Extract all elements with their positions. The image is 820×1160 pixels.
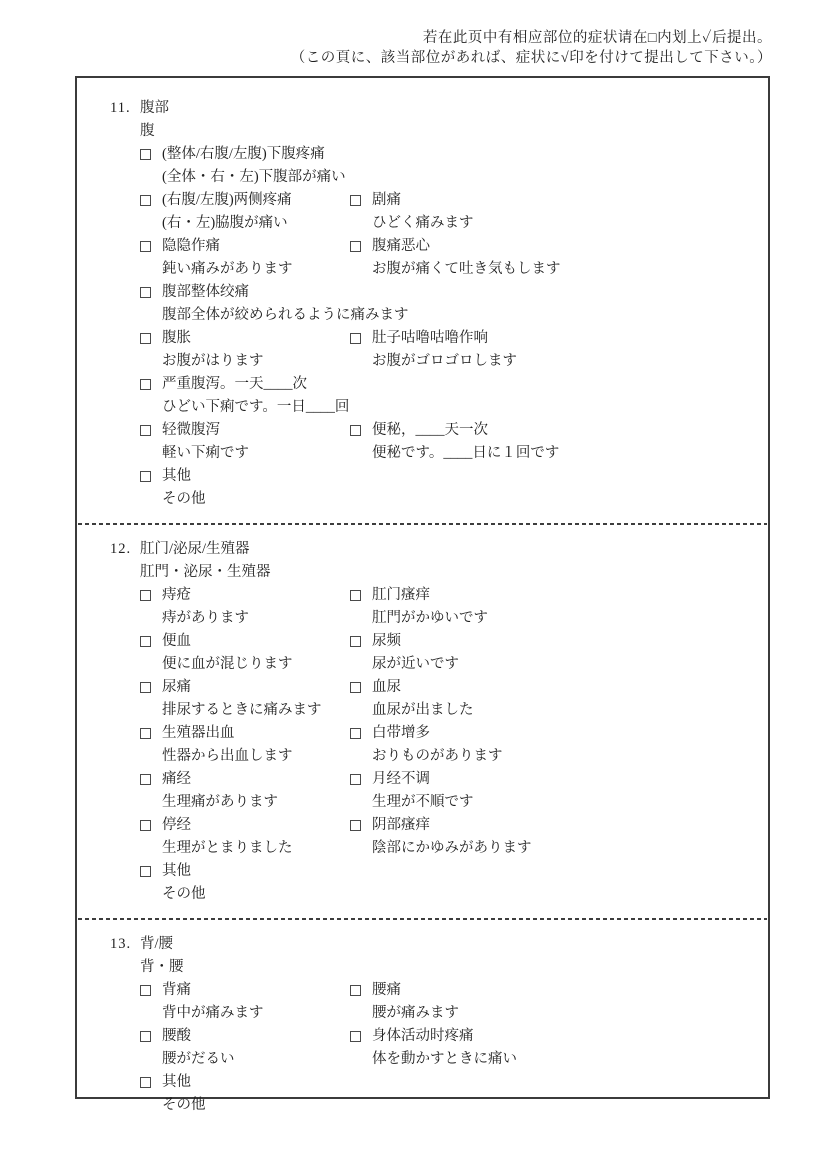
symptom-checkbox[interactable] — [140, 636, 151, 647]
page-header: 若在此页中有相应部位的症状请在□内划上✓后提出。 （この頁に、該当部位があれば、… — [0, 28, 772, 68]
symptom-row: 尿痛排尿するときに痛みます血尿血尿が出ました — [140, 676, 758, 722]
symptom-checkbox[interactable] — [140, 195, 151, 206]
symptom-option: 便血 — [140, 630, 350, 653]
symptom-option: 其他 — [140, 465, 350, 488]
symptom-cell-left: 轻微腹泻軽い下痢です — [140, 419, 350, 465]
symptom-checkbox[interactable] — [350, 636, 361, 647]
symptom-label-cn: 白带增多 — [372, 722, 430, 745]
symptom-checkbox[interactable] — [350, 774, 361, 785]
symptom-row: 便血便に血が混じります尿频尿が近いです — [140, 630, 758, 676]
symptom-checkbox[interactable] — [140, 728, 151, 739]
symptom-cell-left: 隐隐作痛鈍い痛みがあります — [140, 235, 350, 281]
symptom-label-jp: 軽い下痢です — [140, 442, 350, 465]
symptom-checkbox[interactable] — [140, 1031, 151, 1042]
symptom-row: 其他その他 — [140, 465, 758, 511]
symptom-checkbox[interactable] — [350, 820, 361, 831]
symptom-option: (右腹/左腹)两侧疼痛 — [140, 189, 350, 212]
symptom-label-cn: (右腹/左腹)两侧疼痛 — [162, 189, 292, 212]
symptom-cell-left: 停经生理がとまりました — [140, 814, 350, 860]
symptom-label-cn: 肛门瘙痒 — [372, 584, 430, 607]
symptom-label-cn: 其他 — [162, 860, 191, 883]
symptom-cell-right: 肚子咕噜咕噜作响お腹がゴロゴロします — [350, 327, 758, 373]
symptom-cell-right: 剧痛ひどく痛みます — [350, 189, 758, 235]
symptom-option: 白带增多 — [350, 722, 758, 745]
symptom-option: 隐隐作痛 — [140, 235, 350, 258]
symptom-label-cn: 其他 — [162, 465, 191, 488]
symptom-option: (整体/右腹/左腹)下腹疼痛 — [140, 143, 350, 166]
symptom-label-cn: 停经 — [162, 814, 191, 837]
symptom-cell-left: 其他その他 — [140, 860, 350, 906]
symptom-option: 肛门瘙痒 — [350, 584, 758, 607]
symptom-label-cn: 背痛 — [162, 979, 191, 1002]
section-title-jp: 肛門・泌尿・生殖器 — [140, 561, 758, 584]
symptom-label-cn: 其他 — [162, 1071, 191, 1094]
symptom-option: 剧痛 — [350, 189, 758, 212]
symptom-row: 其他その他 — [140, 1071, 758, 1117]
symptom-option: 痔疮 — [140, 584, 350, 607]
symptom-option: 痛经 — [140, 768, 350, 791]
symptom-checkbox[interactable] — [350, 682, 361, 693]
symptom-cell-left: 便血便に血が混じります — [140, 630, 350, 676]
section-title-jp: 背・腰 — [140, 956, 758, 979]
symptom-checkbox[interactable] — [140, 241, 151, 252]
symptom-label-cn: 身体活动时疼痛 — [372, 1025, 474, 1048]
symptom-checkbox[interactable] — [140, 590, 151, 601]
symptom-option: 背痛 — [140, 979, 350, 1002]
symptom-label-jp: お腹がゴロゴロします — [350, 350, 758, 373]
symptom-label-jp: 肛門がかゆいです — [350, 607, 758, 630]
symptom-checkbox[interactable] — [140, 985, 151, 996]
symptom-cell-left: 其他その他 — [140, 1071, 350, 1117]
symptom-label-jp: お腹が痛くて吐き気もします — [350, 258, 758, 281]
symptom-label-cn: 尿频 — [372, 630, 401, 653]
symptom-checkbox[interactable] — [350, 195, 361, 206]
symptom-cell-left: 痛经生理痛があります — [140, 768, 350, 814]
section-number: 12. — [110, 538, 131, 561]
section-12: 12.肛门/泌尿/生殖器肛門・泌尿・生殖器痔疮痔があります肛门瘙痒肛門がかゆいで… — [77, 527, 768, 916]
symptom-label-cn: 便秘，____天一次 — [372, 419, 488, 442]
symptom-label-jp: 腹部全体が絞められるように痛みます — [140, 304, 350, 327]
symptom-label-cn: 腰酸 — [162, 1025, 191, 1048]
symptom-label-jp: 痔があります — [140, 607, 350, 630]
symptom-row: 痛经生理痛があります月经不调生理が不順です — [140, 768, 758, 814]
symptom-checkbox[interactable] — [140, 149, 151, 160]
symptom-checkbox[interactable] — [350, 728, 361, 739]
symptom-cell-right: 腹痛恶心お腹が痛くて吐き気もします — [350, 235, 758, 281]
symptom-option: 肚子咕噜咕噜作响 — [350, 327, 758, 350]
symptom-option: 身体活动时疼痛 — [350, 1025, 758, 1048]
symptom-cell-left: 严重腹泻。一天____次ひどい下痢です。一日____回 — [140, 373, 350, 419]
symptom-option: 生殖器出血 — [140, 722, 350, 745]
symptom-label-jp: 体を動かすときに痛い — [350, 1048, 758, 1071]
symptom-label-jp: ひどく痛みます — [350, 212, 758, 235]
symptom-checkbox[interactable] — [350, 590, 361, 601]
symptom-option: 月经不调 — [350, 768, 758, 791]
symptom-checkbox[interactable] — [140, 425, 151, 436]
symptom-label-jp: ひどい下痢です。一日____回 — [140, 396, 350, 419]
symptom-cell-right: 白带增多おりものがあります — [350, 722, 758, 768]
symptom-label-jp: (全体・右・左)下腹部が痛い — [140, 166, 350, 189]
symptom-checkbox[interactable] — [140, 866, 151, 877]
symptom-row: (整体/右腹/左腹)下腹疼痛(全体・右・左)下腹部が痛い — [140, 143, 758, 189]
symptom-label-cn: 月经不调 — [372, 768, 430, 791]
symptom-checkbox[interactable] — [140, 471, 151, 482]
symptom-option: 停经 — [140, 814, 350, 837]
symptom-cell-right: 身体活动时疼痛体を動かすときに痛い — [350, 1025, 758, 1071]
symptom-row: (右腹/左腹)两侧疼痛(右・左)脇腹が痛い剧痛ひどく痛みます — [140, 189, 758, 235]
symptom-label-cn: 痔疮 — [162, 584, 191, 607]
section-number: 11. — [110, 97, 131, 120]
symptom-option: 腰痛 — [350, 979, 758, 1002]
section-13: 13.背/腰背・腰背痛背中が痛みます腰痛腰が痛みます腰酸腰がだるい身体活动时疼痛… — [77, 922, 768, 1127]
symptom-checkbox[interactable] — [140, 774, 151, 785]
symptom-label-jp: 排尿するときに痛みます — [140, 699, 350, 722]
symptom-label-cn: 尿痛 — [162, 676, 191, 699]
symptom-label-jp: 鈍い痛みがあります — [140, 258, 350, 281]
section-title-cn: 背/腰 — [140, 933, 758, 956]
symptom-checkbox[interactable] — [350, 985, 361, 996]
symptom-cell-left: 其他その他 — [140, 465, 350, 511]
symptom-cell-right: 肛门瘙痒肛門がかゆいです — [350, 584, 758, 630]
symptom-label-jp: 便に血が混じります — [140, 653, 350, 676]
symptom-row: 生殖器出血性器から出血します白带增多おりものがあります — [140, 722, 758, 768]
symptom-checkbox[interactable] — [350, 241, 361, 252]
symptom-option: 其他 — [140, 860, 350, 883]
symptom-row: 严重腹泻。一天____次ひどい下痢です。一日____回 — [140, 373, 758, 419]
symptom-cell-right: 血尿血尿が出ました — [350, 676, 758, 722]
symptom-label-cn: 痛经 — [162, 768, 191, 791]
symptom-label-cn: 腰痛 — [372, 979, 401, 1002]
symptom-label-cn: 剧痛 — [372, 189, 401, 212]
symptom-option: 严重腹泻。一天____次 — [140, 373, 350, 396]
symptom-label-jp: 尿が近いです — [350, 653, 758, 676]
symptom-option: 阴部瘙痒 — [350, 814, 758, 837]
symptom-cell-left: 痔疮痔があります — [140, 584, 350, 630]
symptom-option: 血尿 — [350, 676, 758, 699]
symptom-option: 便秘，____天一次 — [350, 419, 758, 442]
symptom-checkbox[interactable] — [140, 333, 151, 344]
symptom-cell-right: 阴部瘙痒陰部にかゆみがあります — [350, 814, 758, 860]
symptom-label-jp: 背中が痛みます — [140, 1002, 350, 1025]
symptom-cell-right: 便秘，____天一次便秘です。____日に１回です — [350, 419, 758, 465]
symptom-label-cn: 严重腹泻。一天____次 — [162, 373, 307, 396]
symptom-label-jp: 性器から出血します — [140, 745, 350, 768]
symptom-option: 其他 — [140, 1071, 350, 1094]
symptom-label-cn: 隐隐作痛 — [162, 235, 220, 258]
symptom-option: 腹痛恶心 — [350, 235, 758, 258]
symptom-row: 停经生理がとまりました阴部瘙痒陰部にかゆみがあります — [140, 814, 758, 860]
symptom-row: 背痛背中が痛みます腰痛腰が痛みます — [140, 979, 758, 1025]
symptom-checklist-box: 11.腹部腹(整体/右腹/左腹)下腹疼痛(全体・右・左)下腹部が痛い(右腹/左腹… — [75, 76, 770, 1099]
symptom-label-jp: お腹がはります — [140, 350, 350, 373]
symptom-checkbox[interactable] — [140, 1077, 151, 1088]
symptom-label-cn: 血尿 — [372, 676, 401, 699]
symptom-cell-right: 月经不调生理が不順です — [350, 768, 758, 814]
symptom-label-jp: 生理痛があります — [140, 791, 350, 814]
section-divider — [78, 918, 767, 920]
symptom-label-jp: 生理が不順です — [350, 791, 758, 814]
symptom-row: 痔疮痔があります肛门瘙痒肛門がかゆいです — [140, 584, 758, 630]
symptom-label-cn: 肚子咕噜咕噜作响 — [372, 327, 488, 350]
symptom-label-jp: その他 — [140, 1094, 350, 1117]
header-instruction-cn: 若在此页中有相应部位的症状请在□内划上✓后提出。 — [0, 28, 772, 48]
symptom-label-cn: 生殖器出血 — [162, 722, 235, 745]
header-instruction-jp: （この頁に、該当部位があれば、症状に√印を付けて提出して下さい。） — [0, 48, 772, 68]
symptom-option: 腹部整体绞痛 — [140, 281, 350, 304]
symptom-label-cn: 腹部整体绞痛 — [162, 281, 249, 304]
symptom-row: 腹胀お腹がはります肚子咕噜咕噜作响お腹がゴロゴロします — [140, 327, 758, 373]
symptom-label-jp: おりものがあります — [350, 745, 758, 768]
symptom-label-jp: 血尿が出ました — [350, 699, 758, 722]
symptom-option: 腹胀 — [140, 327, 350, 350]
symptom-label-cn: 阴部瘙痒 — [372, 814, 430, 837]
symptom-cell-left: 尿痛排尿するときに痛みます — [140, 676, 350, 722]
symptom-label-jp: その他 — [140, 488, 350, 511]
symptom-cell-left: 背痛背中が痛みます — [140, 979, 350, 1025]
symptom-label-jp: 便秘です。____日に１回です — [350, 442, 758, 465]
symptom-cell-left: 生殖器出血性器から出血します — [140, 722, 350, 768]
symptom-label-cn: 轻微腹泻 — [162, 419, 220, 442]
symptom-row: 腹部整体绞痛腹部全体が絞められるように痛みます — [140, 281, 758, 327]
symptom-checkbox[interactable] — [140, 682, 151, 693]
symptom-option: 轻微腹泻 — [140, 419, 350, 442]
symptom-label-jp: (右・左)脇腹が痛い — [140, 212, 350, 235]
symptom-row: 隐隐作痛鈍い痛みがあります腹痛恶心お腹が痛くて吐き気もします — [140, 235, 758, 281]
symptom-cell-left: (右腹/左腹)两侧疼痛(右・左)脇腹が痛い — [140, 189, 350, 235]
symptom-checkbox[interactable] — [350, 333, 361, 344]
symptom-label-cn: 便血 — [162, 630, 191, 653]
symptom-cell-left: (整体/右腹/左腹)下腹疼痛(全体・右・左)下腹部が痛い — [140, 143, 350, 189]
symptom-row: 腰酸腰がだるい身体活动时疼痛体を動かすときに痛い — [140, 1025, 758, 1071]
symptom-checkbox[interactable] — [140, 287, 151, 298]
symptom-label-jp: その他 — [140, 883, 350, 906]
section-title-jp: 腹 — [140, 120, 758, 143]
section-title-cn: 肛门/泌尿/生殖器 — [140, 538, 758, 561]
symptom-checkbox[interactable] — [350, 425, 361, 436]
symptom-cell-right: 腰痛腰が痛みます — [350, 979, 758, 1025]
symptom-row: 轻微腹泻軽い下痢です便秘，____天一次便秘です。____日に１回です — [140, 419, 758, 465]
symptom-option: 尿痛 — [140, 676, 350, 699]
symptom-label-jp: 腰が痛みます — [350, 1002, 758, 1025]
symptom-label-cn: 腹胀 — [162, 327, 191, 350]
symptom-label-cn: (整体/右腹/左腹)下腹疼痛 — [162, 143, 325, 166]
section-title-cn: 腹部 — [140, 97, 758, 120]
symptom-cell-left: 腰酸腰がだるい — [140, 1025, 350, 1071]
section-number: 13. — [110, 933, 131, 956]
symptom-cell-right: 尿频尿が近いです — [350, 630, 758, 676]
symptom-label-cn: 腹痛恶心 — [372, 235, 430, 258]
symptom-label-jp: 生理がとまりました — [140, 837, 350, 860]
symptom-row: 其他その他 — [140, 860, 758, 906]
symptom-cell-left: 腹胀お腹がはります — [140, 327, 350, 373]
symptom-label-jp: 陰部にかゆみがあります — [350, 837, 758, 860]
symptom-checkbox[interactable] — [140, 820, 151, 831]
symptom-option: 腰酸 — [140, 1025, 350, 1048]
symptom-label-jp: 腰がだるい — [140, 1048, 350, 1071]
symptom-checkbox[interactable] — [350, 1031, 361, 1042]
section-divider — [78, 523, 767, 525]
symptom-cell-left: 腹部整体绞痛腹部全体が絞められるように痛みます — [140, 281, 350, 327]
symptom-option: 尿频 — [350, 630, 758, 653]
symptom-checkbox[interactable] — [140, 379, 151, 390]
section-11: 11.腹部腹(整体/右腹/左腹)下腹疼痛(全体・右・左)下腹部が痛い(右腹/左腹… — [77, 86, 768, 521]
